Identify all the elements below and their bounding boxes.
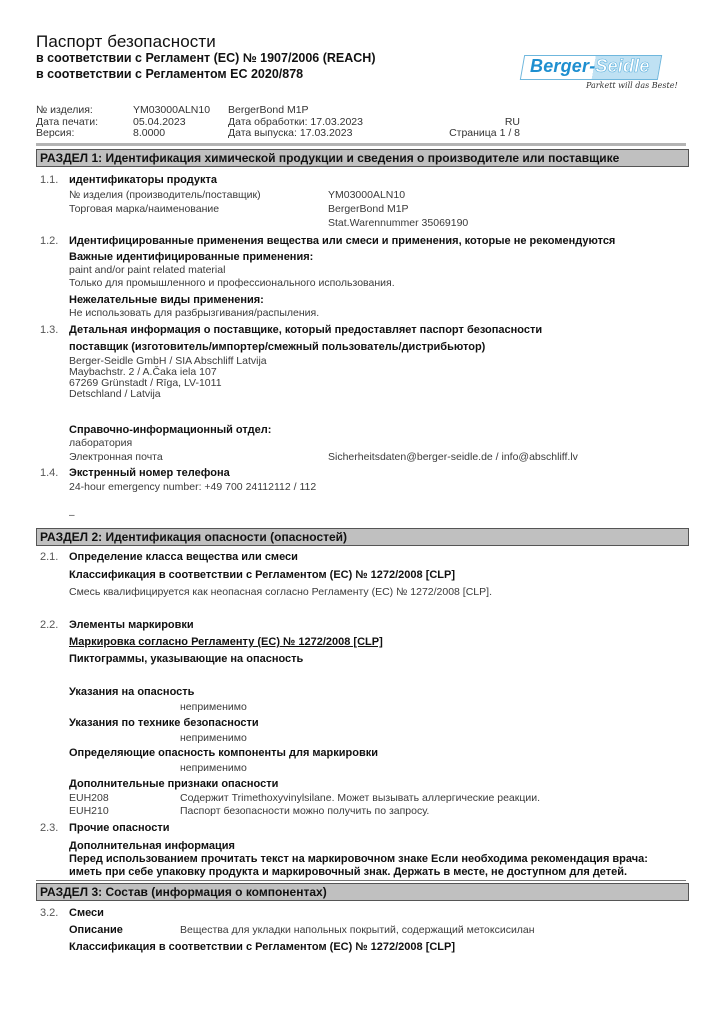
description-value: Вещества для укладки напольных покрытий,…	[180, 924, 535, 936]
logo-part1: Berger-	[530, 56, 595, 76]
email-label: Электронная почта	[69, 451, 163, 463]
unwanted-uses-label: Нежелательные виды применения:	[69, 294, 264, 306]
classification-text: Смесь квалифицируется как неопасная согл…	[69, 586, 492, 598]
meta-version: 8.0000	[133, 127, 165, 139]
euh-code: EUH208	[69, 792, 109, 804]
section-1-1-heading: идентификаторы продукта	[69, 174, 217, 186]
dash-marker: –	[69, 510, 75, 521]
section-2-1-heading: Определение класса вещества или смеси	[69, 551, 298, 563]
info-department-label: Справочно-информационный отдел:	[69, 424, 271, 436]
section-1-3-number: 1.3.	[40, 324, 58, 336]
euh-code: EUH210	[69, 805, 109, 817]
section-1-4-number: 1.4.	[40, 467, 58, 479]
section-2-2-number: 2.2.	[40, 619, 58, 631]
trade-name-label: Торговая марка/наименование	[69, 203, 219, 215]
document-subtitle-regulation: в соответствии с Регламентом ЕС 2020/878	[36, 67, 303, 81]
trade-name-value: BergerBond M1P	[328, 203, 409, 215]
section-3-header: РАЗДЕЛ 3: Состав (информация о компонент…	[36, 883, 689, 901]
meta-product-no: YM03000ALN10	[133, 104, 210, 116]
section-1-3-heading: Детальная информация о поставщике, котор…	[69, 324, 542, 336]
important-use-line: Только для промышленного и профессиональ…	[69, 277, 395, 289]
hazard-statements-value: неприменимо	[180, 701, 247, 713]
important-use-line: paint and/or paint related material	[69, 264, 225, 276]
additional-info-label: Дополнительная информация	[69, 840, 235, 852]
section-2-header: РАЗДЕЛ 2: Идентификация опасности (опасн…	[36, 528, 689, 546]
logo-part2: Seidle	[595, 56, 649, 76]
supplier-line: Detschland / Latvija	[69, 388, 161, 400]
section-1-2-heading: Идентифицированные применения вещества и…	[69, 235, 615, 247]
product-no-value: YM03000ALN10	[328, 189, 405, 201]
section-1-2-number: 1.2.	[40, 235, 58, 247]
euh-text: Содержит Trimethoxyvinylsilane. Может вы…	[180, 792, 540, 804]
meta-product-name: BergerBond M1P	[228, 104, 309, 116]
section-2-3-number: 2.3.	[40, 822, 58, 834]
logo-slogan: Parkett will das Beste!	[586, 81, 678, 90]
hazard-components-label: Определяющие опасность компоненты для ма…	[69, 747, 378, 759]
classification-heading: Классификация в соответствии с Регламент…	[69, 941, 455, 953]
section-1-4-heading: Экстренный номер телефона	[69, 467, 230, 479]
section-1-1-number: 1.1.	[40, 174, 58, 186]
supplier-label: поставщик (изготовитель/импортер/смежный…	[69, 341, 485, 353]
euh-text: Паспорт безопасности можно получить по з…	[180, 805, 429, 817]
section-2-2-heading: Элементы маркировки	[69, 619, 194, 631]
unwanted-use-line: Не использовать для разбрызгивания/распы…	[69, 307, 319, 319]
product-no-label: № изделия (производитель/поставщик)	[69, 189, 261, 201]
classification-heading: Классификация в соответствии с Регламент…	[69, 569, 455, 581]
berger-seidle-logo: Berger-Seidle Parkett will das Beste!	[518, 55, 664, 99]
logo-wordmark: Berger-Seidle	[530, 56, 650, 77]
document-title: Паспорт безопасности	[36, 32, 216, 52]
header-divider	[36, 143, 686, 146]
stat-number-value: Stat.Warennummer 35069190	[328, 217, 468, 229]
additional-hazards-label: Дополнительные признаки опасности	[69, 778, 278, 790]
info-department-value: лаборатория	[69, 437, 132, 449]
email-value[interactable]: Sicherheitsdaten@berger-seidle.de / info…	[328, 451, 578, 463]
important-uses-label: Важные идентифицированные применения:	[69, 251, 313, 263]
meta-product-no-label: № изделия:	[36, 104, 93, 116]
precautionary-label: Указания по технике безопасности	[69, 717, 259, 729]
section-2-3-heading: Прочие опасности	[69, 822, 169, 834]
meta-version-label: Версия:	[36, 127, 74, 139]
marking-regulation: Маркировка согласно Регламенту (EC) № 12…	[69, 636, 383, 648]
precautionary-value: неприменимо	[180, 732, 247, 744]
meta-page-number: Страница 1 / 8	[440, 127, 520, 139]
additional-info-line: Перед использованием прочитать текст на …	[69, 853, 648, 865]
hazard-components-value: неприменимо	[180, 762, 247, 774]
section-3-2-number: 3.2.	[40, 907, 58, 919]
meta-release-date: Дата выпуска: 17.03.2023	[228, 127, 352, 139]
description-label: Описание	[69, 924, 123, 936]
section-divider	[36, 880, 686, 881]
additional-info-line: иметь при себе упаковку продукта и марки…	[69, 866, 627, 878]
hazard-statements-label: Указания на опасность	[69, 686, 194, 698]
section-2-1-number: 2.1.	[40, 551, 58, 563]
document-subtitle-reach: в соответствии с Регламент (EC) № 1907/2…	[36, 51, 376, 65]
section-3-2-heading: Смеси	[69, 907, 104, 919]
section-1-header: РАЗДЕЛ 1: Идентификация химической проду…	[36, 149, 689, 167]
emergency-phone: 24-hour emergency number: +49 700 241121…	[69, 481, 316, 493]
pictograms-label: Пиктограммы, указывающие на опасность	[69, 653, 303, 665]
